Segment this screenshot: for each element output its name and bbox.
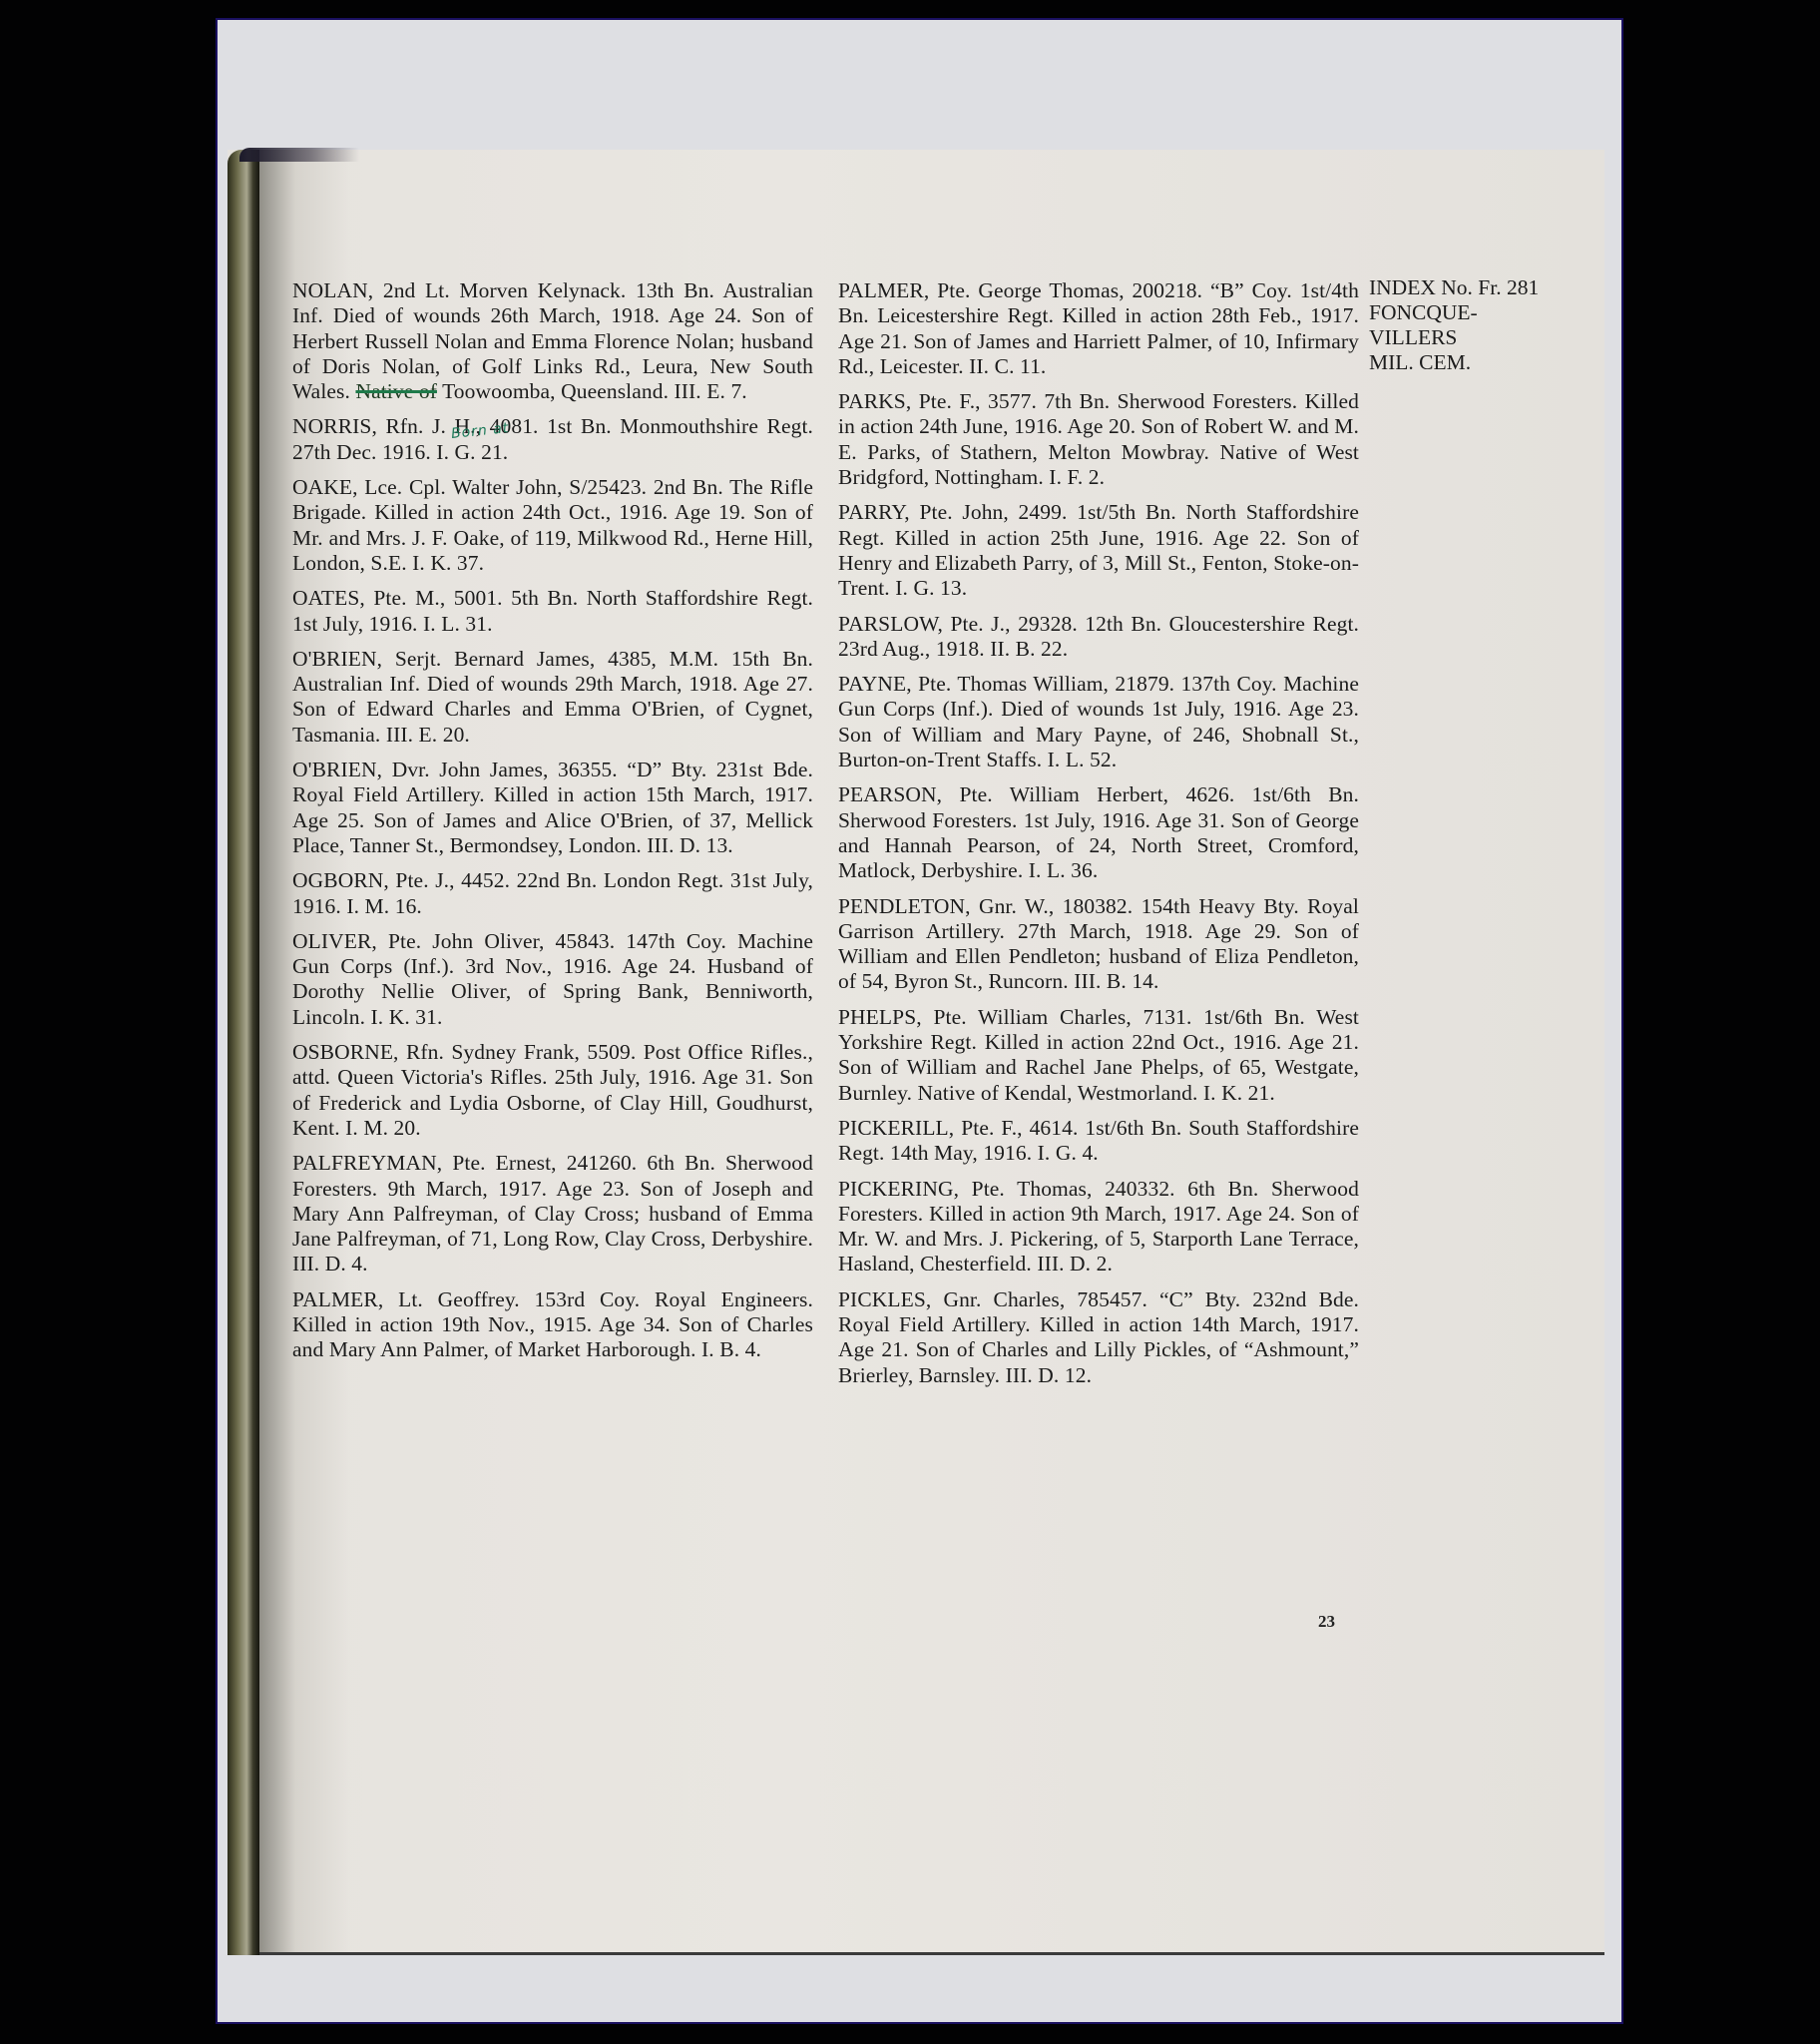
entry-surname: OGBORN, [292, 868, 389, 892]
register-entry: O'BRIEN, Dvr. John James, 36355. “D” Bty… [292, 758, 813, 858]
register-entry: PICKLES, Gnr. Charles, 785457. “C” Bty. … [838, 1287, 1359, 1388]
entry-surname: PICKLES, [838, 1287, 931, 1311]
entry-text: Toowoomba, Queensland. III. E. 7. [442, 379, 747, 403]
register-entry: PAYNE, Pte. Thomas William, 21879. 137th… [838, 672, 1359, 772]
page-number: 23 [1318, 1612, 1335, 1632]
entry-surname: PARSLOW, [838, 612, 943, 636]
register-entry: PEARSON, Pte. William Herbert, 4626. 1st… [838, 782, 1359, 883]
entry-surname: O'BRIEN, [292, 647, 382, 671]
register-entry: OLIVER, Pte. John Oliver, 45843. 147th C… [292, 929, 813, 1030]
entry-surname: PHELPS, [838, 1005, 922, 1029]
entry-text: Pte. John, 2499. 1st/5th Bn. North Staff… [838, 500, 1359, 600]
cemetery-name-line: FONCQUE- [1369, 300, 1539, 325]
entry-surname: PEARSON, [838, 782, 942, 806]
register-column-right: PALMER, Pte. George Thomas, 200218. “B” … [838, 278, 1359, 1398]
register-entry: PALMER, Pte. George Thomas, 200218. “B” … [838, 278, 1359, 379]
book-spine [227, 150, 259, 1955]
register-entry: PARRY, Pte. John, 2499. 1st/5th Bn. Nort… [838, 500, 1359, 601]
register-entry: NOLAN, 2nd Lt. Morven Kelynack. 13th Bn.… [292, 278, 813, 404]
entry-text: Pte. M., 5001. 5th Bn. North Staffordshi… [292, 586, 813, 635]
entry-surname: PENDLETON, [838, 894, 971, 918]
entry-text: Pte. Thomas William, 21879. 137th Coy. M… [838, 672, 1359, 771]
entry-surname: PALMER, [292, 1287, 383, 1311]
index-number: INDEX No. Fr. 281 [1369, 275, 1539, 300]
cemetery-name-line: MIL. CEM. [1369, 350, 1539, 375]
cemetery-name-line: VILLERS [1369, 325, 1539, 350]
page-top-curl [239, 148, 359, 162]
entry-surname: OAKE, [292, 475, 358, 499]
entry-surname: NOLAN, [292, 278, 373, 302]
register-entry: NORRIS, Rfn. J. H., 4081. 1st Bn. Monmou… [292, 414, 813, 465]
register-entry: OAKE, Lce. Cpl. Walter John, S/25423. 2n… [292, 475, 813, 576]
register-entry: PHELPS, Pte. William Charles, 7131. 1st/… [838, 1005, 1359, 1106]
cemetery-index-block: INDEX No. Fr. 281 FONCQUE- VILLERS MIL. … [1369, 275, 1539, 375]
entry-surname: PICKERILL, [838, 1116, 954, 1140]
entry-surname: PICKERING, [838, 1177, 959, 1201]
entry-surname: OATES, [292, 586, 365, 610]
register-entry: PENDLETON, Gnr. W., 180382. 154th Heavy … [838, 894, 1359, 995]
entry-surname: O'BRIEN, [292, 758, 382, 781]
register-column-left: NOLAN, 2nd Lt. Morven Kelynack. 13th Bn.… [292, 278, 813, 1373]
register-entry: OATES, Pte. M., 5001. 5th Bn. North Staf… [292, 586, 813, 637]
entry-text: Lce. Cpl. Walter John, S/25423. 2nd Bn. … [292, 475, 813, 575]
register-entry: OGBORN, Pte. J., 4452. 22nd Bn. London R… [292, 868, 813, 919]
entry-surname: OLIVER, [292, 929, 377, 953]
entry-surname: PARKS, [838, 389, 911, 413]
register-entry: PARKS, Pte. F., 3577. 7th Bn. Sherwood F… [838, 389, 1359, 490]
struck-out-text: Native of [355, 379, 437, 403]
entry-surname: NORRIS, [292, 414, 377, 438]
entry-surname: PAYNE, [838, 672, 912, 696]
entry-surname: OSBORNE, [292, 1040, 399, 1064]
register-entry: PICKERING, Pte. Thomas, 240332. 6th Bn. … [838, 1177, 1359, 1277]
register-entry: PICKERILL, Pte. F., 4614. 1st/6th Bn. So… [838, 1116, 1359, 1167]
register-entry: OSBORNE, Rfn. Sydney Frank, 5509. Post O… [292, 1040, 813, 1141]
entry-surname: PALMER, [838, 278, 929, 302]
register-entry: PALMER, Lt. Geoffrey. 153rd Coy. Royal E… [292, 1287, 813, 1363]
entry-text: Pte. F., 3577. 7th Bn. Sherwood Forester… [838, 389, 1359, 489]
register-entry: PALFREYMAN, Pte. Ernest, 241260. 6th Bn.… [292, 1151, 813, 1277]
register-entry: O'BRIEN, Serjt. Bernard James, 4385, M.M… [292, 647, 813, 748]
entry-surname: PARRY, [838, 500, 910, 524]
entry-surname: PALFREYMAN, [292, 1151, 442, 1175]
register-entry: PARSLOW, Pte. J., 29328. 12th Bn. Glouce… [838, 612, 1359, 663]
